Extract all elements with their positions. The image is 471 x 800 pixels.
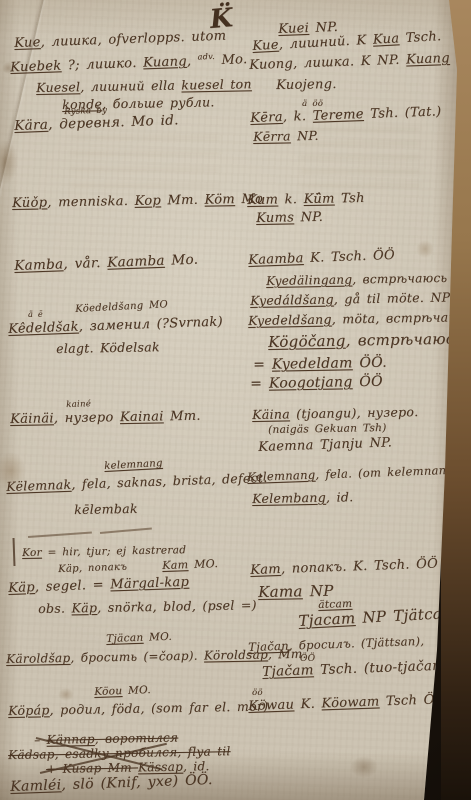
entry-kuesel-left: Kuesel, лишний ella kuesel ton — [36, 76, 252, 95]
entry-kyedaldsang-right: Kyedáldšang, gå til möte. NP — [250, 290, 450, 308]
stain — [416, 240, 434, 258]
entry-kowau-sup-right: öö — [252, 688, 263, 698]
entry-kopap-left: Köpáp, родил, föda, (som far el. mor) — [8, 698, 268, 718]
entry-kap-left: Käp, segel. = Märgal-kap — [8, 575, 189, 596]
entry-kamlei-left: Kamléi, slö (Knif, yxe) ÖÖ. — [10, 772, 213, 795]
entry-kelemnang-right: Kelemnang, fela. (om kelemnang) K.Tsh. — [247, 461, 471, 484]
entry-kera-right: Kēra, k. Tereme Tsh. (Tat.) — [250, 104, 442, 126]
manuscript-photo: K̈ Kue, лишка, ofverlopps. utomKuebek ?;… — [0, 0, 471, 800]
entry-kainai-left: Käinäi, нузеро Kainai Mm. — [10, 409, 201, 427]
entry-kam-right: Kam, попакъ. K. Tsch. ÖÖ — [250, 556, 438, 578]
entry-naigas-right: (naigäs Gekuan Tsh) — [268, 422, 387, 436]
entry-kyedeldam-right: = Kyedeldam ÖÖ. — [253, 355, 387, 373]
stain — [350, 756, 378, 778]
entry-kuop-left: Küǒp, menniska. Kop Mm. Köm Mo — [12, 192, 263, 211]
entry-koou-sup-left: Köou MO. — [94, 684, 151, 698]
stain — [58, 688, 74, 701]
entry-kaemna-right: Kaemna Tjanju NP. — [258, 435, 392, 455]
entry-kaina-right: Käina (tjoangu), нузеро. — [252, 404, 419, 422]
scribble — [28, 532, 92, 538]
entry-kelembang-right: Kelembang, id. — [252, 489, 354, 506]
entry-tjacan-right: Tjačan, бросилъ. (Tjättsan), — [248, 634, 424, 654]
entry-kums-right: Kums NP. — [256, 210, 323, 226]
entry-kue-left: Kue, лишка, ofverlopps. utom — [14, 29, 227, 51]
entry-kuebek-left: Kuebek ?; лишко. Kuang, adv. Mo. — [10, 51, 248, 76]
entry-kaamba-right: Kaamba K. Tsch. ÖÖ — [248, 248, 395, 268]
entry-kuojeng-right: Kuojeng. — [276, 77, 337, 93]
entry-kor-left: Kor = hir, tjur; ej kastrerad — [22, 544, 186, 559]
entry-kowau-right: Köwau K. Köowam Tsch ÖÖ —— — [248, 691, 471, 714]
entry-obs-kap-left: obs. Käp, snörka, blod, (psel =) — [38, 597, 257, 616]
entry-kum-right: Kum k. Kü̂m Tsh — [247, 191, 365, 208]
ink-bleedthrough — [70, 136, 220, 190]
entry-tjacan-sup-left: Tjäcan MO. — [106, 631, 172, 645]
entry-kainai-sup-left: kainé — [66, 399, 91, 410]
entry-kera-sup-right: ä öö — [302, 99, 323, 109]
entry-kap-sup-left: Käp, попакъ — [58, 562, 127, 575]
entry-elagt-left: elagt. Ködelsak — [56, 339, 160, 356]
entry-kara-left: Kära, деревня. Mo id. — [14, 112, 179, 134]
entry-koogotjang-right: = Koogotjang ÖÖ — [250, 374, 383, 392]
entry-kamba-left: Kamba, vår. Kaamba Mo. — [14, 252, 198, 274]
entry-kerra-right: Kērra NP. — [253, 128, 319, 144]
paper-crease — [0, 0, 46, 205]
entry-kelembak-left: kēlembak — [74, 501, 138, 517]
entry-koedeldsang-sup-left: Köedeldšang MO — [75, 299, 168, 315]
entry-kelemnak-left: Këlemnak, fela, saknas, brista, defect. — [6, 470, 268, 494]
manuscript-page: K̈ Kue, лишка, ofverlopps. utomKuebek ?;… — [0, 0, 471, 800]
scribble — [100, 527, 152, 533]
entry-kogocang-right: Kögöčang, встрѣчаюсь — [268, 330, 463, 351]
entry-kuong-right: Kuong, лишка. K NP. Kuang Tsh. — [249, 50, 471, 73]
entry-kyedalingang-right: Kyedälingang, встрѣчаюсь NP — [266, 270, 471, 288]
entry-kedeldsak-sup-left: ä ē — [28, 310, 43, 319]
entry-kam-sup-left: Kam MO. — [162, 557, 218, 572]
entry-kyedeldsang-right: Kyedeldšang, möta, встрѣчаю K. — [248, 309, 471, 328]
margin-mark — [13, 538, 15, 566]
entry-kelemnang-sup-left: kelemnang — [104, 458, 163, 472]
